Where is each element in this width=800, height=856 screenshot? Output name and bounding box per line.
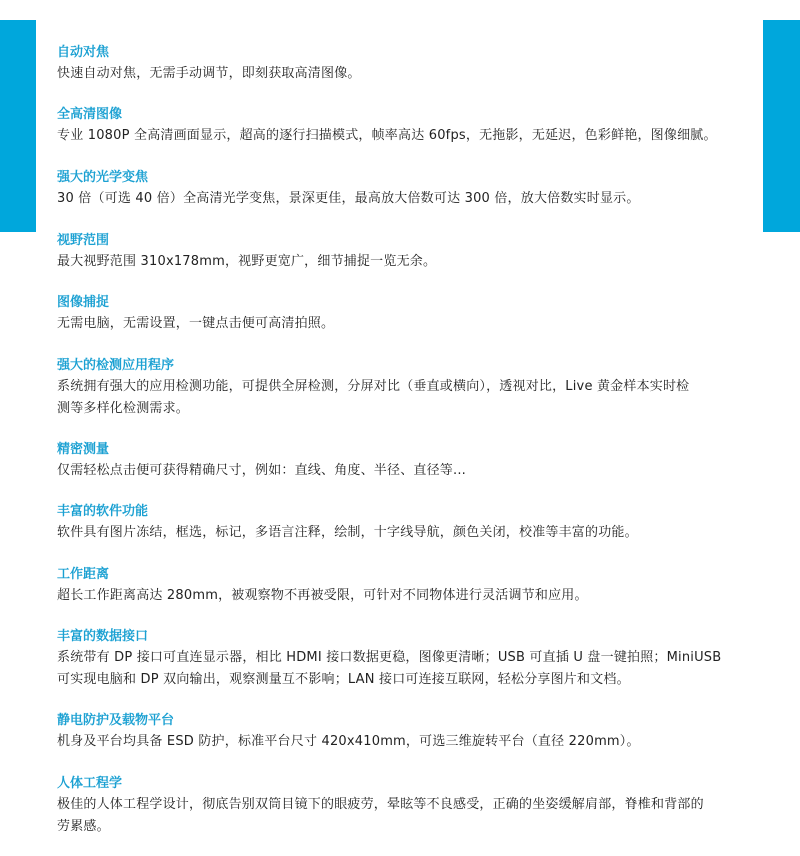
left-accent-bar bbox=[0, 20, 36, 232]
feature-title: 全高清图像 bbox=[57, 104, 757, 125]
feature-text: 超长工作距离高达 280mm，被观察物不再被受限，可针对不同物体进行灵活调节和应… bbox=[57, 585, 757, 607]
feature-software-functions: 丰富的软件功能 软件具有图片冻结，框选，标记，多语言注释，绘制，十字线导航，颜色… bbox=[57, 501, 757, 544]
feature-esd-platform: 静电防护及载物平台 机身及平台均具备 ESD 防护，标准平台尺寸 420x410… bbox=[57, 710, 757, 753]
feature-full-hd: 全高清图像 专业 1080P 全高清画面显示，超高的逐行扫描模式，帧率高达 60… bbox=[57, 104, 757, 147]
feature-ergonomics: 人体工程学 极佳的人体工程学设计，彻底告别双筒目镜下的眼疲劳，晕眩等不良感受，正… bbox=[57, 773, 757, 838]
feature-text: 快速自动对焦，无需手动调节，即刻获取高清图像。 bbox=[57, 63, 757, 85]
feature-title: 自动对焦 bbox=[57, 42, 757, 63]
feature-text: 软件具有图片冻结，框选，标记，多语言注释，绘制，十字线导航，颜色关闭，校准等丰富… bbox=[57, 522, 757, 544]
feature-text: 仅需轻松点击便可获得精确尺寸，例如：直线、角度、半径、直径等... bbox=[57, 460, 757, 482]
feature-title: 静电防护及载物平台 bbox=[57, 710, 757, 731]
feature-title: 视野范围 bbox=[57, 230, 757, 251]
feature-text: 30 倍（可选 40 倍）全高清光学变焦，景深更佳，最高放大倍数可达 300 倍… bbox=[57, 188, 757, 210]
feature-title: 工作距离 bbox=[57, 564, 757, 585]
feature-text: 极佳的人体工程学设计，彻底告别双筒目镜下的眼疲劳，晕眩等不良感受，正确的坐姿缓解… bbox=[57, 794, 757, 816]
feature-text: 无需电脑，无需设置，一键点击便可高清拍照。 bbox=[57, 313, 757, 335]
feature-text: 最大视野范围 310x178mm，视野更宽广，细节捕捉一览无余。 bbox=[57, 251, 757, 273]
right-accent-bar bbox=[763, 20, 800, 232]
feature-text: 劳累感。 bbox=[57, 816, 757, 838]
feature-optical-zoom: 强大的光学变焦 30 倍（可选 40 倍）全高清光学变焦，景深更佳，最高放大倍数… bbox=[57, 167, 757, 210]
feature-title: 强大的检测应用程序 bbox=[57, 355, 757, 376]
feature-title: 图像捕捉 bbox=[57, 292, 757, 313]
feature-precision-measurement: 精密测量 仅需轻松点击便可获得精确尺寸，例如：直线、角度、半径、直径等... bbox=[57, 439, 757, 482]
feature-text: 系统拥有强大的应用检测功能，可提供全屏检测，分屏对比（垂直或横向），透视对比，L… bbox=[57, 376, 757, 398]
feature-title: 强大的光学变焦 bbox=[57, 167, 757, 188]
feature-title: 丰富的数据接口 bbox=[57, 626, 757, 647]
feature-title: 精密测量 bbox=[57, 439, 757, 460]
feature-field-of-view: 视野范围 最大视野范围 310x178mm，视野更宽广，细节捕捉一览无余。 bbox=[57, 230, 757, 273]
feature-title: 丰富的软件功能 bbox=[57, 501, 757, 522]
feature-text: 可实现电脑和 DP 双向输出，观察测量互不影响；LAN 接口可连接互联网，轻松分… bbox=[57, 669, 757, 691]
feature-image-capture: 图像捕捉 无需电脑，无需设置，一键点击便可高清拍照。 bbox=[57, 292, 757, 335]
feature-text: 测等多样化检测需求。 bbox=[57, 398, 757, 420]
feature-title: 人体工程学 bbox=[57, 773, 757, 794]
feature-text: 机身及平台均具备 ESD 防护，标准平台尺寸 420x410mm，可选三维旋转平… bbox=[57, 731, 757, 753]
feature-autofocus: 自动对焦 快速自动对焦，无需手动调节，即刻获取高清图像。 bbox=[57, 42, 757, 85]
feature-working-distance: 工作距离 超长工作距离高达 280mm，被观察物不再被受限，可针对不同物体进行灵… bbox=[57, 564, 757, 607]
feature-text: 专业 1080P 全高清画面显示，超高的逐行扫描模式，帧率高达 60fps，无拖… bbox=[57, 125, 757, 147]
feature-text: 系统带有 DP 接口可直连显示器，相比 HDMI 接口数据更稳，图像更清晰；US… bbox=[57, 647, 757, 669]
feature-data-interfaces: 丰富的数据接口 系统带有 DP 接口可直连显示器，相比 HDMI 接口数据更稳，… bbox=[57, 626, 757, 691]
feature-inspection-apps: 强大的检测应用程序 系统拥有强大的应用检测功能，可提供全屏检测，分屏对比（垂直或… bbox=[57, 355, 757, 420]
